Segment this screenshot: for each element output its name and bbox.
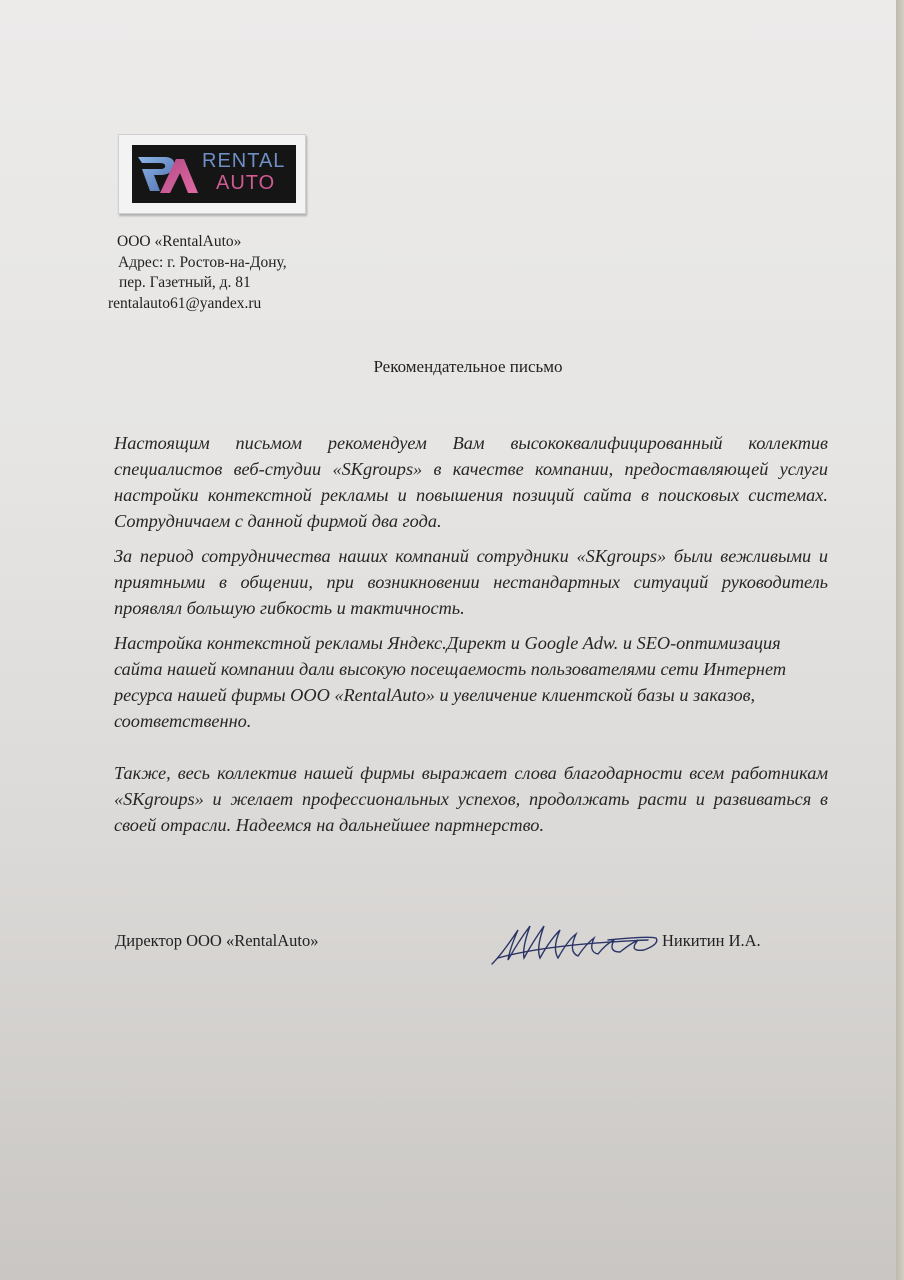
paragraph-2: За период сотрудничества наших компаний …	[114, 543, 828, 621]
letter-title: Рекомендательное письмо	[373, 357, 562, 376]
sender-address-line1: Адрес: г. Ростов-на-Дону,	[108, 253, 287, 274]
paper-edge	[896, 0, 904, 1280]
letter-body: Настоящим письмом рекомендуем Вам высоко…	[114, 430, 828, 838]
handwritten-signature-icon	[488, 918, 663, 968]
logo-text-rental: RENTAL	[202, 150, 285, 172]
sender-email: rentalauto61@yandex.ru	[108, 294, 287, 315]
company-logo-card: RENTAL AUTO	[118, 134, 306, 214]
signatory-name: Никитин И.А.	[662, 931, 761, 951]
logo-text-auto: AUTO	[202, 172, 285, 194]
sender-company: ООО «RentalAuto»	[108, 232, 287, 253]
letter-title-row: Рекомендательное письмо	[0, 357, 896, 377]
sender-address-line2: пер. Газетный, д. 81	[108, 273, 287, 294]
paragraph-4: Также, весь коллектив нашей фирмы выража…	[114, 760, 828, 838]
letter-paper: RENTAL AUTO ООО «RentalAuto» Адрес: г. Р…	[0, 0, 896, 1280]
company-logo: RENTAL AUTO	[132, 145, 296, 203]
paragraph-1: Настоящим письмом рекомендуем Вам высоко…	[114, 430, 828, 534]
sender-details: ООО «RentalAuto» Адрес: г. Ростов-на-Дон…	[108, 232, 287, 314]
signatory-position: Директор ООО «RentalAuto»	[115, 931, 319, 951]
ra-monogram-icon	[136, 151, 202, 197]
paragraph-3: Настройка контекстной рекламы Яндекс.Дир…	[114, 630, 828, 734]
